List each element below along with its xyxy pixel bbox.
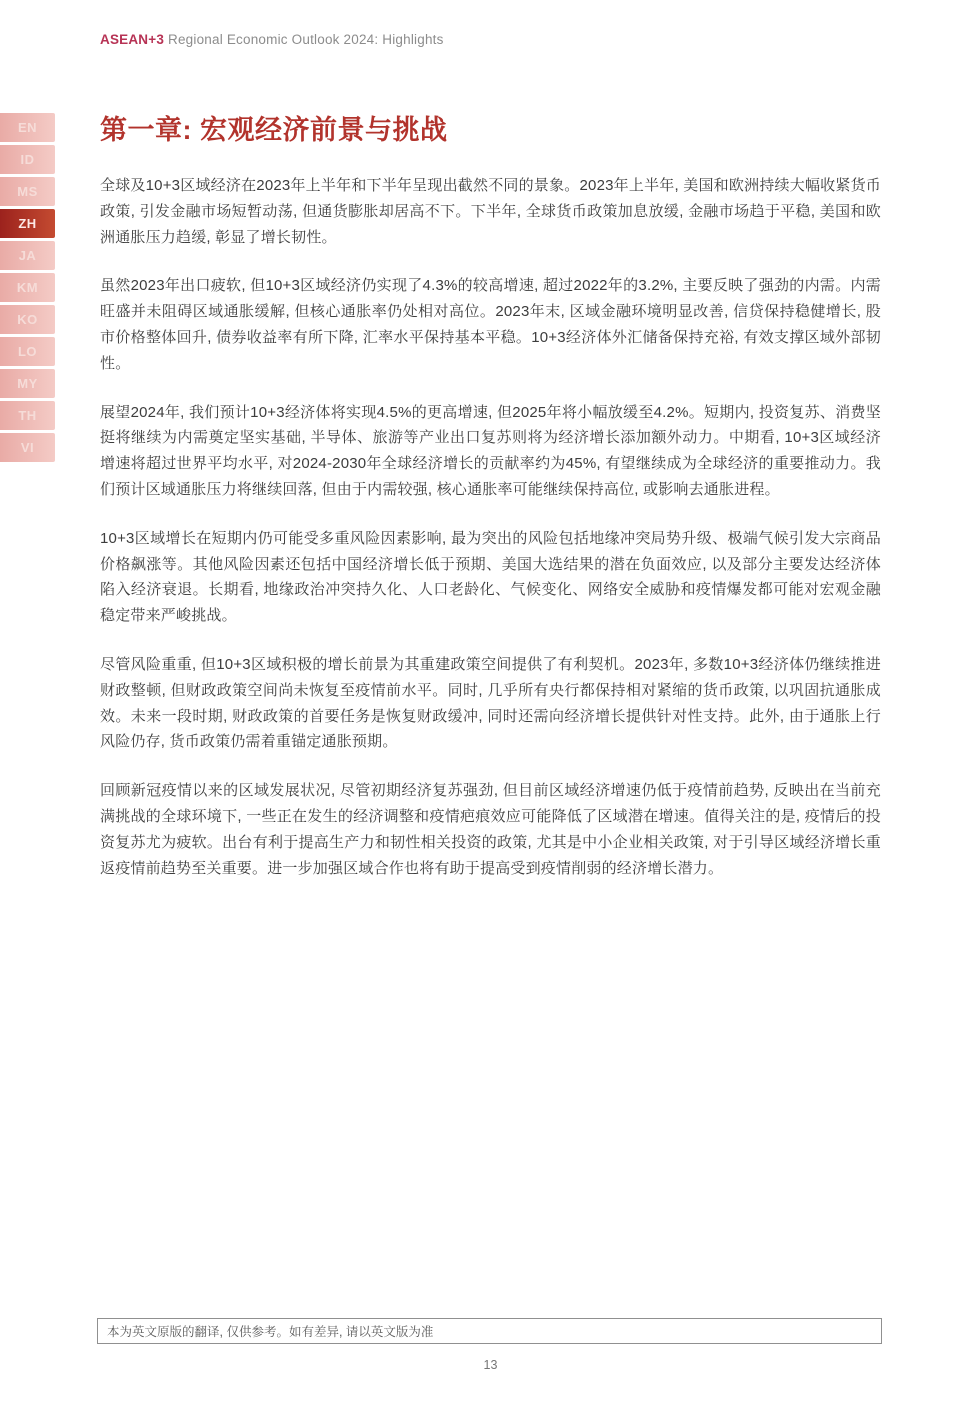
document-title-text: Regional Economic Outlook 2024: Highligh… (168, 32, 444, 47)
paragraph-3: 展望2024年, 我们预计10+3经济体将实现4.5%的更高增速, 但2025年… (100, 400, 881, 503)
lang-tab-ja[interactable]: JA (0, 241, 55, 270)
lang-tab-km[interactable]: KM (0, 273, 55, 302)
chapter-title: 第一章: 宏观经济前景与挑战 (100, 108, 881, 147)
language-sidebar: EN ID MS ZH JA KM KO LO MY TH VI (0, 113, 55, 462)
lang-tab-id[interactable]: ID (0, 145, 55, 174)
lang-tab-lo[interactable]: LO (0, 337, 55, 366)
paragraph-4: 10+3区域增长在短期内仍可能受多重风险因素影响, 最为突出的风险包括地缘冲突局… (100, 526, 881, 629)
brand-name: ASEAN+3 (100, 32, 164, 47)
translation-disclaimer-text: 本为英文原版的翻译, 仅供参考。如有差异, 请以英文版为准 (107, 1322, 433, 1340)
paragraph-2: 虽然2023年出口疲软, 但10+3区域经济仍实现了4.3%的较高增速, 超过2… (100, 273, 881, 376)
report-page: ASEAN+3 Regional Economic Outlook 2024: … (0, 0, 957, 1411)
lang-tab-en[interactable]: EN (0, 113, 55, 142)
page-number: 13 (100, 1358, 881, 1372)
lang-tab-zh-active[interactable]: ZH (0, 209, 55, 238)
lang-tab-vi[interactable]: VI (0, 433, 55, 462)
running-header: ASEAN+3 Regional Economic Outlook 2024: … (100, 32, 444, 47)
paragraph-5: 尽管风险重重, 但10+3区域积极的增长前景为其重建政策空间提供了有利契机。20… (100, 652, 881, 755)
main-content: 第一章: 宏观经济前景与挑战 全球及10+3区域经济在2023年上半年和下半年呈… (100, 108, 881, 904)
lang-tab-th[interactable]: TH (0, 401, 55, 430)
translation-disclaimer-box: 本为英文原版的翻译, 仅供参考。如有差异, 请以英文版为准 (97, 1318, 882, 1344)
chapter-body: 全球及10+3区域经济在2023年上半年和下半年呈现出截然不同的景象。2023年… (100, 173, 881, 881)
lang-tab-my[interactable]: MY (0, 369, 55, 398)
paragraph-1: 全球及10+3区域经济在2023年上半年和下半年呈现出截然不同的景象。2023年… (100, 173, 881, 250)
lang-tab-ko[interactable]: KO (0, 305, 55, 334)
paragraph-6: 回顾新冠疫情以来的区域发展状况, 尽管初期经济复苏强劲, 但目前区域经济增速仍低… (100, 778, 881, 881)
lang-tab-ms[interactable]: MS (0, 177, 55, 206)
